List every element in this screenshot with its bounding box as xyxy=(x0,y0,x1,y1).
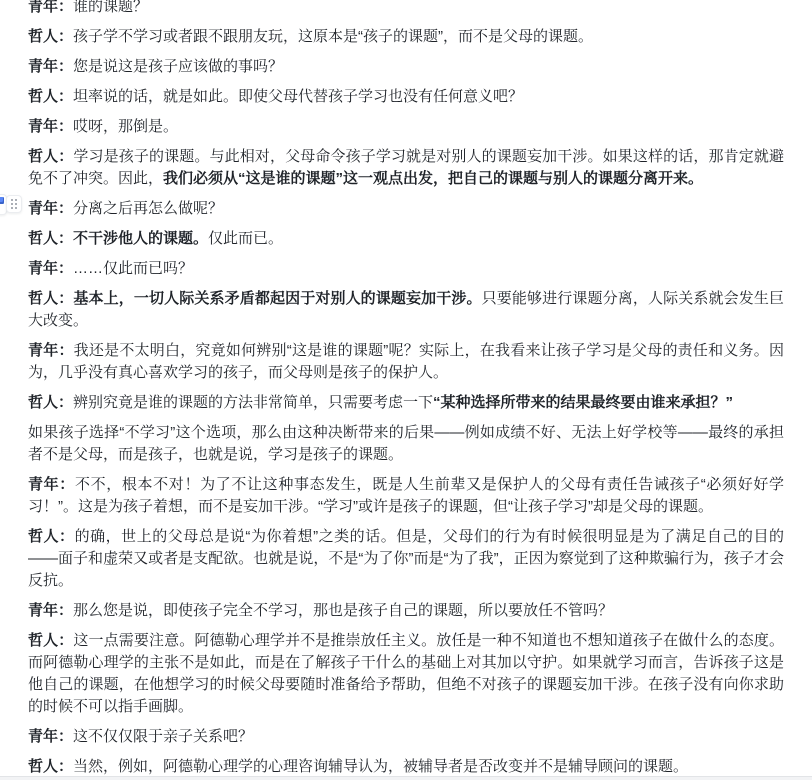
speaker-label: 青年： xyxy=(28,200,73,217)
dialogue-paragraph[interactable]: 青年：分离之后再怎么做呢？ xyxy=(28,198,784,220)
dialogue-text: 的确，世上的父母总是说“为你着想”之类的话。但是，父母们的行为有时候很明显是为了… xyxy=(28,528,784,589)
dialogue-paragraph[interactable]: 青年：……仅此而已吗？ xyxy=(28,258,784,280)
speaker-label: 青年： xyxy=(28,602,73,619)
dialogue-paragraph[interactable]: 青年：您是说这是孩子应该做的事吗？ xyxy=(28,56,784,78)
speaker-label: 哲人： xyxy=(28,632,73,649)
dialogue-text: 谁的课题？ xyxy=(73,0,148,15)
dialogue-paragraph[interactable]: 青年：谁的课题？ xyxy=(28,0,784,18)
speaker-label: 哲人： xyxy=(28,28,73,45)
speaker-label: 青年： xyxy=(28,728,73,745)
dialogue-text: ……仅此而已吗？ xyxy=(73,260,193,277)
dialogue-paragraph[interactable]: 如果孩子选择“不学习”这个选项，那么由这种决断带来的后果——例如成绩不好、无法上… xyxy=(28,422,784,466)
speaker-label: 哲人： xyxy=(28,230,73,247)
dialogue-text: 这一点需要注意。阿德勒心理学并不是推崇放任主义。放任是一种不知道也不想知道孩子在… xyxy=(28,632,784,715)
dialogue-paragraph[interactable]: 青年：这不仅仅限于亲子关系吧？ xyxy=(28,726,784,748)
speaker-label: 哲人： xyxy=(28,758,73,775)
speaker-label: 哲人： xyxy=(28,88,73,105)
speaker-label: 青年： xyxy=(28,0,73,15)
dialogue-text: 基本上，一切人际关系矛盾都起因于对别人的课题妄加干涉。 xyxy=(73,290,481,307)
dialogue-paragraph[interactable]: 哲人：孩子学不学习或者跟不跟朋友玩，这原本是“孩子的课题”，而不是父母的课题。 xyxy=(28,26,784,48)
speaker-label: 青年： xyxy=(28,342,74,359)
dialogue-text: 坦率说的话，就是如此。即使父母代替孩子学习也没有任何意义吧？ xyxy=(73,88,523,105)
speaker-label: 哲人： xyxy=(28,148,73,165)
dialogue-paragraph[interactable]: 哲人：的确，世上的父母总是说“为你着想”之类的话。但是，父母们的行为有时候很明显… xyxy=(28,526,784,592)
dialogue-paragraph[interactable]: 哲人：学习是孩子的课题。与此相对，父母命令孩子学习就是对别人的课题妄加干涉。如果… xyxy=(28,146,784,190)
edit-icon xyxy=(0,197,4,204)
dialogue-text: 分离之后再怎么做呢？ xyxy=(73,200,223,217)
dialogue-paragraph[interactable]: 青年：哎呀，那倒是。 xyxy=(28,116,784,138)
dialogue-text: 当然，例如，阿德勒心理学的心理咨询辅导认为，被辅导者是否改变并不是辅导顾问的课题… xyxy=(73,758,688,775)
dialogue-text: 不干涉他人的课题。 xyxy=(73,230,208,247)
dialogue-paragraph[interactable]: 哲人：当然，例如，阿德勒心理学的心理咨询辅导认为，被辅导者是否改变并不是辅导顾问… xyxy=(28,756,784,778)
speaker-label: 哲人： xyxy=(28,394,73,411)
dialogue-paragraph[interactable]: 青年：那么您是说，即使孩子完全不学习，那也是孩子自己的课题，所以要放任不管吗？ xyxy=(28,600,784,622)
dialogue-paragraph[interactable]: 青年：不不，根本不对！为了不让这种事态发生，既是人生前辈又是保护人的父母有责任告… xyxy=(28,474,784,518)
speaker-label: 哲人： xyxy=(28,290,73,307)
dialogue-text: 您是说这是孩子应该做的事吗？ xyxy=(73,58,283,75)
dialogue-text: 不不，根本不对！为了不让这种事态发生，既是人生前辈又是保护人的父母有责任告诫孩子… xyxy=(28,476,784,515)
dialogue-paragraph[interactable]: 哲人：辨别究竟是谁的课题的方法非常简单，只需要考虑一下“某种选择所带来的结果最终… xyxy=(28,392,784,414)
dialogue-text: 我还是不太明白，究竟如何辨别“这是谁的课题”呢？实际上，在我看来让孩子学习是父母… xyxy=(28,342,784,381)
document-body: 青年：谁的课题？哲人：孩子学不学习或者跟不跟朋友玩，这原本是“孩子的课题”，而不… xyxy=(28,0,784,780)
dialogue-paragraph[interactable]: 青年：我还是不太明白，究竟如何辨别“这是谁的课题”呢？实际上，在我看来让孩子学习… xyxy=(28,340,784,384)
dialogue-paragraph[interactable]: 哲人：坦率说的话，就是如此。即使父母代替孩子学习也没有任何意义吧？ xyxy=(28,86,784,108)
drag-handle-icon xyxy=(11,199,17,209)
dialogue-text: 如果孩子选择“不学习”这个选项，那么由这种决断带来的后果——例如成绩不好、无法上… xyxy=(28,424,784,463)
block-drag-handle[interactable] xyxy=(6,195,22,213)
speaker-label: 青年： xyxy=(28,58,73,75)
dialogue-text: 孩子学不学习或者跟不跟朋友玩，这原本是“孩子的课题”，而不是父母的课题。 xyxy=(73,28,593,45)
dialogue-text: 那么您是说，即使孩子完全不学习，那也是孩子自己的课题，所以要放任不管吗？ xyxy=(73,602,613,619)
dialogue-paragraph[interactable]: 哲人：这一点需要注意。阿德勒心理学并不是推崇放任主义。放任是一种不知道也不想知道… xyxy=(28,630,784,718)
speaker-label: 青年： xyxy=(28,118,73,135)
dialogue-text: 我们必须从“这是谁的课题”这一观点出发，把自己的课题与别人的课题分离开来。 xyxy=(163,170,703,187)
dialogue-text: 这不仅仅限于亲子关系吧？ xyxy=(73,728,253,745)
speaker-label: 哲人： xyxy=(28,528,75,545)
dialogue-text: “某种选择所带来的结果最终要由谁来承担？” xyxy=(433,394,733,411)
dialogue-text: 仅此而已。 xyxy=(208,230,283,247)
block-hover-controls xyxy=(0,0,30,780)
dialogue-paragraph[interactable]: 哲人：基本上，一切人际关系矛盾都起因于对别人的课题妄加干涉。只要能够进行课题分离… xyxy=(28,288,784,332)
dialogue-paragraph[interactable]: 哲人：不干涉他人的课题。仅此而已。 xyxy=(28,228,784,250)
dialogue-text: 哎呀，那倒是。 xyxy=(73,118,178,135)
dialogue-text: 辨别究竟是谁的课题的方法非常简单，只需要考虑一下 xyxy=(73,394,433,411)
speaker-label: 青年： xyxy=(28,260,73,277)
speaker-label: 青年： xyxy=(28,476,75,493)
window-bottom-edge xyxy=(0,776,812,780)
